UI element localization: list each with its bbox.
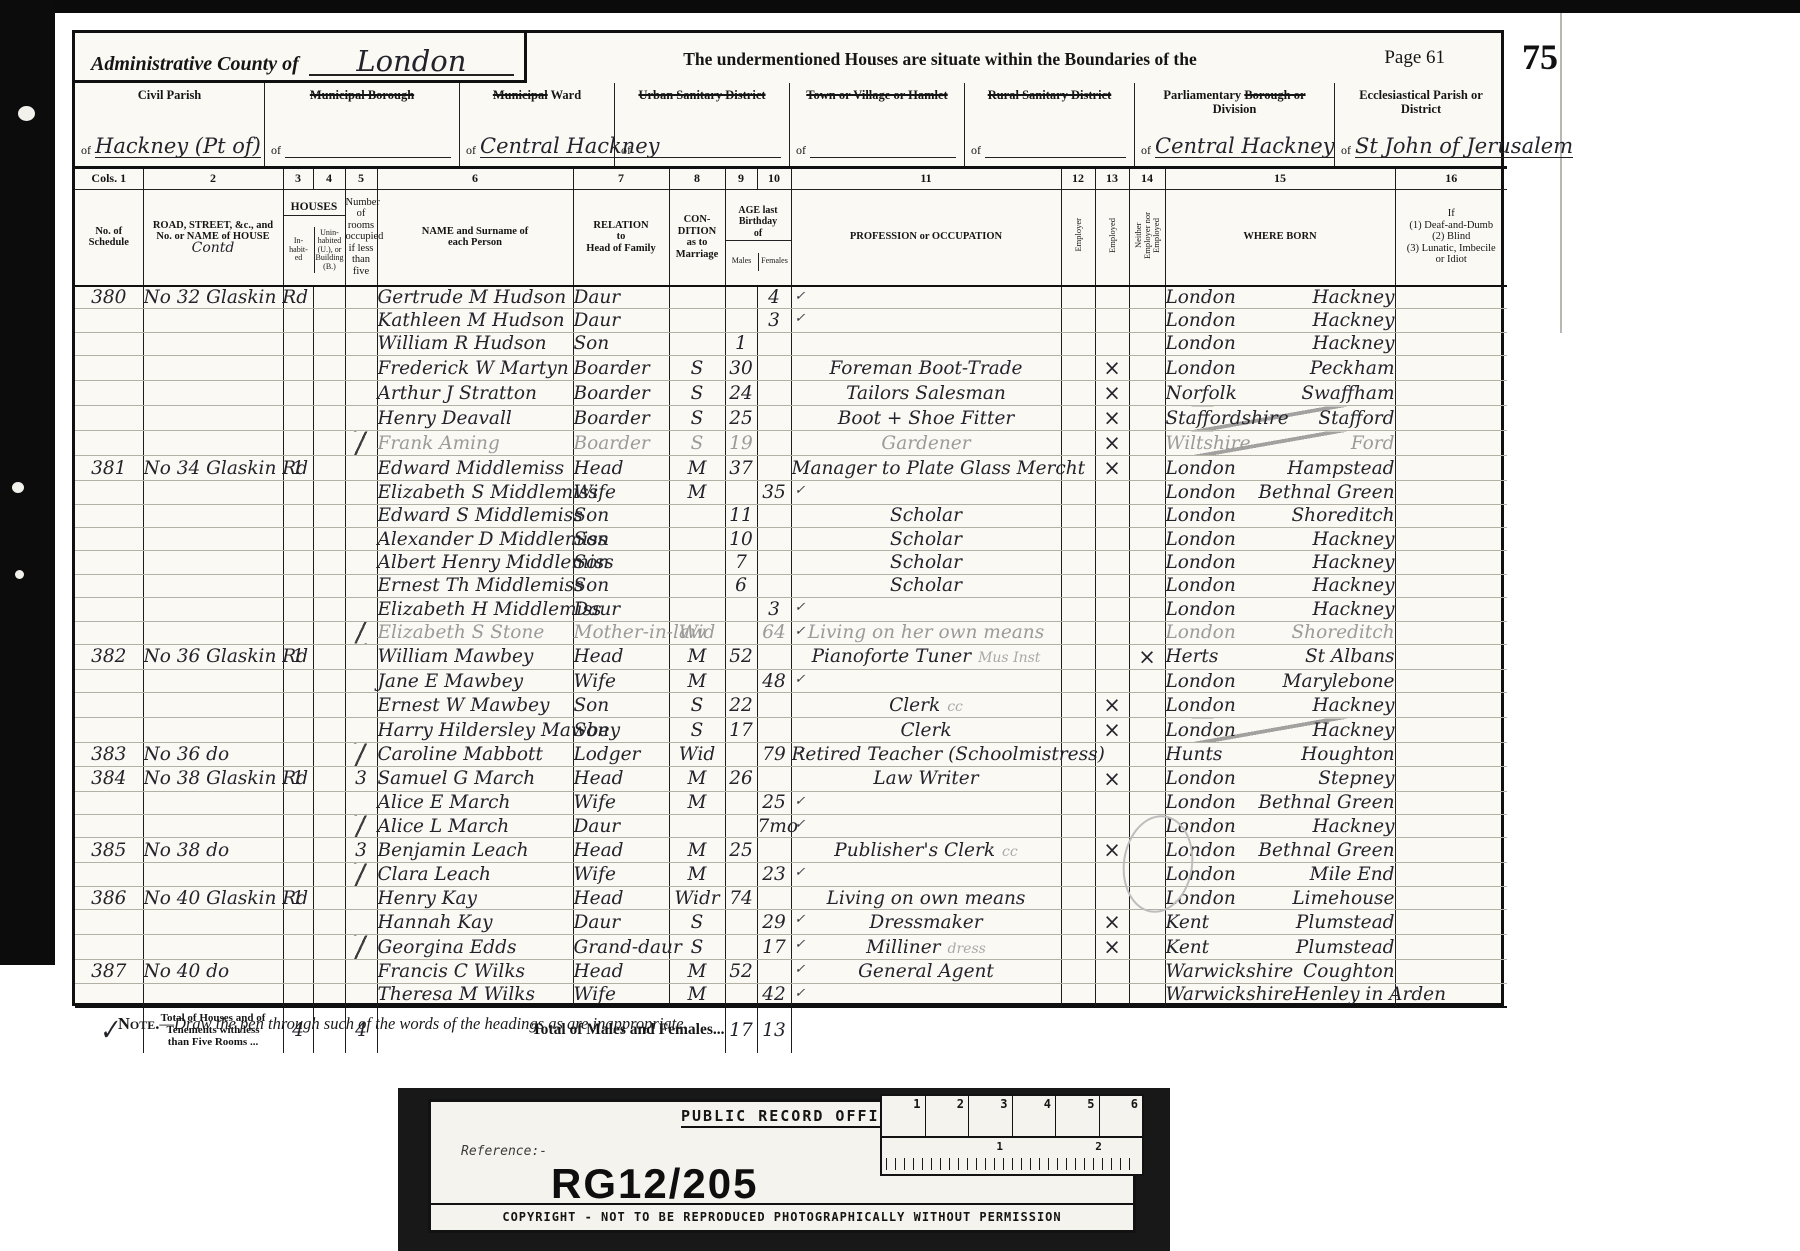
born-place: Shoreditch [1292, 622, 1395, 643]
rooms-under-five [345, 504, 377, 527]
age-male [725, 863, 757, 886]
houses-uninhabited [313, 960, 345, 983]
occupation-text: Scholar [890, 505, 962, 526]
marriage-condition: M [669, 481, 725, 504]
occupation: ✓General Agent [791, 960, 1061, 983]
employer-mark [1061, 718, 1095, 743]
header-houses-group: HOUSES In- habit- ed Unin- habited (U.),… [283, 189, 345, 286]
employed-mark [1095, 983, 1129, 1006]
occupation-text: Scholar [890, 552, 962, 573]
born-county: London [1166, 333, 1236, 354]
district-label-part: Ward [548, 88, 581, 102]
houses-uninhabited [313, 863, 345, 886]
houses-inhabited [283, 693, 313, 718]
where-born: LondonHackney [1165, 309, 1395, 332]
where-born: WarwickshireHenley in Arden [1165, 983, 1395, 1006]
employer-mark [1061, 332, 1095, 355]
employed-mark [1095, 309, 1129, 332]
header-schedule: No. of Schedule [75, 189, 143, 286]
employer-mark [1061, 910, 1095, 935]
born-county: London [1166, 358, 1236, 379]
person-name: Clara Leach [377, 863, 573, 886]
born-place: Houghton [1301, 744, 1394, 765]
age-female: 23 [757, 863, 791, 886]
person-name: William Mawbey [377, 644, 573, 669]
tally-tick-mark: ✓ [795, 912, 806, 927]
occupation: ✓ [791, 598, 1061, 621]
neither-employed-mark [1129, 983, 1165, 1006]
address: No 38 Glaskin Rd [143, 766, 283, 791]
schedule-number: 385 [75, 838, 143, 863]
born-place: Marylebone [1283, 671, 1395, 692]
where-born: LondonHackney [1165, 815, 1395, 838]
rooms-under-five [345, 309, 377, 332]
person-name: Caroline Mabbott [377, 743, 573, 766]
district-box-2: Municipal WardofCentral Hackney [460, 83, 615, 166]
infirmities [1395, 574, 1507, 597]
person-name: Alice E March [377, 791, 573, 814]
ruler-tick-row: 1 2 [882, 1138, 1142, 1172]
where-born: HuntsHoughton [1165, 743, 1395, 766]
occupation: ✓ [791, 983, 1061, 1006]
neither-employed-mark [1129, 621, 1165, 644]
age-female [757, 838, 791, 863]
born-county: Hunts [1166, 744, 1223, 765]
person-row: 386No 40 Glaskin Rd1Henry KayHeadWidr74L… [75, 886, 1507, 909]
infirmities [1395, 356, 1507, 381]
rooms-under-five [345, 863, 377, 886]
tally-tick-mark: ✓ [795, 311, 806, 326]
person-name: Francis C Wilks [377, 960, 573, 983]
houses-uninhabited [313, 551, 345, 574]
where-born: LondonHackney [1165, 551, 1395, 574]
infirmities [1395, 644, 1507, 669]
born-county: Norfolk [1166, 383, 1237, 404]
age-female [757, 381, 791, 406]
houses-inhabited [283, 406, 313, 431]
administrative-county-box: Administrative County of London [75, 33, 527, 83]
address [143, 910, 283, 935]
header-employed: Employed [1095, 189, 1129, 286]
schedule-number: 387 [75, 960, 143, 983]
age-female: 25 [757, 791, 791, 814]
where-born: StaffordshireStafford [1165, 406, 1395, 431]
born-place: Henley in Arden [1293, 984, 1446, 1005]
header-profession: PROFESSION or OCCUPATION [791, 189, 1061, 286]
rooms-under-five [345, 356, 377, 381]
age-male: 30 [725, 356, 757, 381]
person-name: Hannah Kay [377, 910, 573, 935]
address [143, 815, 283, 838]
age-female: 7mo [757, 815, 791, 838]
relation-to-head: Head [573, 886, 669, 909]
houses-inhabited [283, 551, 313, 574]
rooms-under-five [345, 381, 377, 406]
person-row: 387No 40 doFrancis C WilksHeadM52✓Genera… [75, 960, 1507, 983]
census-table: Cols. 1 2 3 4 5 6 7 8 9 10 11 12 13 14 1… [75, 169, 1507, 1053]
occupation-text: Manager to Plate Glass Mercht [792, 458, 1086, 479]
person-name: Georgina Edds [377, 935, 573, 960]
infirmities [1395, 838, 1507, 863]
person-name: Albert Henry Middlemiss [377, 551, 573, 574]
col-num-12: 12 [1061, 169, 1095, 189]
person-row: William R HudsonSon1LondonHackney [75, 332, 1507, 355]
infirmities [1395, 286, 1507, 309]
rooms-under-five [345, 718, 377, 743]
age-male: 6 [725, 574, 757, 597]
col-num-7: 7 [573, 169, 669, 189]
relation-to-head: Mother-in-law [573, 621, 669, 644]
where-born: LondonBethnal Green [1165, 838, 1395, 863]
rooms-under-five [345, 791, 377, 814]
age-female [757, 456, 791, 481]
district-label-part: Division [1213, 102, 1257, 116]
address: No 36 do [143, 743, 283, 766]
tally-tick-mark: ✓ [795, 672, 806, 687]
age-female [757, 406, 791, 431]
houses-uninhabited [313, 356, 345, 381]
header-age-title: AGE last Birthday of [726, 204, 791, 242]
occupation-text: Law Writer [873, 768, 978, 789]
infirmities [1395, 309, 1507, 332]
relation-to-head: Boarder [573, 406, 669, 431]
ruler-number-row: 123456 [882, 1096, 1142, 1138]
houses-uninhabited [313, 886, 345, 909]
occupation-text: Clerk [889, 695, 940, 716]
occupation [791, 332, 1061, 355]
age-male: 10 [725, 527, 757, 550]
person-name: Jane E Mawbey [377, 669, 573, 692]
employed-mark [1095, 504, 1129, 527]
houses-inhabited [283, 574, 313, 597]
tally-tick-mark: ✓ [795, 962, 806, 977]
address [143, 356, 283, 381]
neither-employed-mark [1129, 669, 1165, 692]
occupation: Scholar [791, 504, 1061, 527]
age-male [725, 791, 757, 814]
age-male: 24 [725, 381, 757, 406]
occupation: ✓Living on her own means [791, 621, 1061, 644]
relation-to-head: Daur [573, 286, 669, 309]
where-born: LondonMarylebone [1165, 669, 1395, 692]
age-male [725, 286, 757, 309]
person-row: Henry DeavallBoarderS25Boot + Shoe Fitte… [75, 406, 1507, 431]
person-row: Elizabeth S StoneMother-in-lawWid64✓Livi… [75, 621, 1507, 644]
born-county: London [1166, 458, 1236, 479]
person-row: Edward S MiddlemissSon11ScholarLondonSho… [75, 504, 1507, 527]
person-name: Elizabeth S Stone [377, 621, 573, 644]
employer-mark [1061, 309, 1095, 332]
footnote-text: —Draw the pen through such of the words … [159, 1014, 687, 1033]
age-male [725, 935, 757, 960]
born-county: London [1166, 552, 1236, 573]
houses-uninhabited [313, 574, 345, 597]
film-edge-left [0, 0, 55, 965]
born-place: Hackney [1312, 575, 1394, 596]
houses-uninhabited [313, 644, 345, 669]
rooms-under-five [345, 598, 377, 621]
where-born: HertsSt Albans [1165, 644, 1395, 669]
relation-to-head: Boarder [573, 381, 669, 406]
ruler-number-cell: 6 [1100, 1096, 1143, 1136]
infirmities [1395, 960, 1507, 983]
district-of-label: of [971, 143, 981, 158]
address [143, 406, 283, 431]
person-row: Harry Hildersley MawbeySonS17Clerk×Londo… [75, 718, 1507, 743]
where-born: LondonHackney [1165, 693, 1395, 718]
age-female [757, 504, 791, 527]
schedule-number [75, 551, 143, 574]
person-name: Edward Middlemiss [377, 456, 573, 481]
film-edge-top [0, 0, 1800, 13]
district-label-part: Municipal Borough [310, 88, 414, 102]
infirmities [1395, 718, 1507, 743]
employer-mark [1061, 381, 1095, 406]
district-label: Civil Parish [75, 88, 264, 102]
houses-uninhabited [313, 766, 345, 791]
employer-mark [1061, 791, 1095, 814]
houses-inhabited [283, 527, 313, 550]
tally-tick-mark: ✓ [795, 937, 806, 952]
employed-mark: × [1095, 693, 1129, 718]
person-row: Clara LeachWifeM23✓LondonMile End [75, 863, 1507, 886]
age-female [757, 886, 791, 909]
header-name: NAME and Surname of each Person [377, 189, 573, 286]
infirmities [1395, 431, 1507, 456]
person-name: Gertrude M Hudson [377, 286, 573, 309]
tally-tick-mark: ✓ [795, 865, 806, 880]
schedule-number [75, 356, 143, 381]
neither-employed-mark: × [1129, 644, 1165, 669]
employed-mark [1095, 886, 1129, 909]
employer-mark [1061, 481, 1095, 504]
neither-employed-mark [1129, 356, 1165, 381]
relation-to-head: Head [573, 960, 669, 983]
district-of-label: of [81, 143, 91, 158]
marriage-condition [669, 815, 725, 838]
employer-mark [1061, 815, 1095, 838]
stamp-office-title: PUBLIC RECORD OFFICE [681, 1107, 902, 1128]
schedule-number: 386 [75, 886, 143, 909]
occupation: ✓ [791, 481, 1061, 504]
totals-males: 17 [725, 1007, 757, 1053]
infirmities [1395, 456, 1507, 481]
born-county: Staffordshire [1166, 408, 1289, 429]
employer-mark [1061, 504, 1095, 527]
header-road-street-text: ROAD, STREET, &c., and No. or NAME of HO… [153, 220, 273, 243]
person-row: Hannah KayDaurS29✓Dressmaker×KentPlumste… [75, 910, 1507, 935]
relation-to-head: Boarder [573, 356, 669, 381]
person-row: Georgina EddsGrand-daurS17✓Millinerdress… [75, 935, 1507, 960]
employer-mark [1061, 431, 1095, 456]
rooms-under-five [345, 406, 377, 431]
relation-to-head: Grand-daur [573, 935, 669, 960]
born-place: Swaffham [1301, 383, 1394, 404]
schedule-number [75, 693, 143, 718]
occupation: Scholar [791, 551, 1061, 574]
employed-mark [1095, 286, 1129, 309]
person-row: 381No 34 Glaskin Rd1Edward MiddlemissHea… [75, 456, 1507, 481]
tally-tick-mark: ✓ [795, 817, 806, 832]
ruler-lower-number-2: 2 [1095, 1140, 1102, 1153]
where-born: LondonBethnal Green [1165, 791, 1395, 814]
schedule-number [75, 598, 143, 621]
age-female [757, 718, 791, 743]
occupation-pencil-note: cc [1002, 844, 1018, 860]
tally-tick-mark: ✓ [795, 624, 806, 639]
district-box-3: Urban Sanitary Districtof [615, 83, 790, 166]
rooms-under-five [345, 431, 377, 456]
address: No 40 do [143, 960, 283, 983]
person-row: Frederick W MartynBoarderS30Foreman Boot… [75, 356, 1507, 381]
occupation: ✓ [791, 863, 1061, 886]
folio-number: 75 [1522, 36, 1558, 78]
neither-employed-mark [1129, 431, 1165, 456]
born-place: Ford [1351, 433, 1395, 454]
district-label: Rural Sanitary District [965, 88, 1134, 102]
address: No 36 Glaskin Rd [143, 644, 283, 669]
neither-employed-mark [1129, 791, 1165, 814]
occupation: Scholar [791, 574, 1061, 597]
born-place: Peckham [1310, 358, 1395, 379]
district-value-handwritten: St John of Jerusalem [1355, 135, 1573, 158]
schedule-number: 380 [75, 286, 143, 309]
age-female: 3 [757, 309, 791, 332]
person-name: Samuel G March [377, 766, 573, 791]
relation-to-head: Head [573, 644, 669, 669]
occupation: Manager to Plate Glass Mercht [791, 456, 1061, 481]
employer-mark [1061, 286, 1095, 309]
age-female [757, 574, 791, 597]
marriage-condition: S [669, 693, 725, 718]
address: No 38 do [143, 838, 283, 863]
person-row: Frank AmingBoarderS19Gardener×WiltshireF… [75, 431, 1507, 456]
marriage-condition [669, 504, 725, 527]
neither-employed-mark [1129, 574, 1165, 597]
houses-uninhabited [313, 332, 345, 355]
age-male [725, 669, 757, 692]
occupation-pencil-note: cc [947, 699, 963, 715]
houses-inhabited [283, 504, 313, 527]
neither-employed-mark [1129, 743, 1165, 766]
occupation-text: Boot + Shoe Fitter [838, 408, 1015, 429]
age-male: 19 [725, 431, 757, 456]
schedule-number [75, 527, 143, 550]
schedule-number: 382 [75, 644, 143, 669]
infirmities [1395, 598, 1507, 621]
employer-mark [1061, 551, 1095, 574]
district-value-handwritten [985, 157, 1126, 158]
where-born: WarwickshireCoughton [1165, 960, 1395, 983]
born-county: London [1166, 287, 1236, 308]
header-employer: Employer [1061, 189, 1095, 286]
age-female [757, 693, 791, 718]
marriage-condition: M [669, 669, 725, 692]
employer-mark [1061, 527, 1095, 550]
district-box-7: Ecclesiastical Parish or DistrictofSt Jo… [1335, 83, 1507, 166]
occupation-pencil-note: Mus Inst [978, 650, 1040, 666]
where-born: NorfolkSwaffham [1165, 381, 1395, 406]
employed-mark [1095, 574, 1129, 597]
header-houses-title: HOUSES [284, 201, 345, 216]
born-place: Bethnal Green [1258, 482, 1394, 503]
occupation-text: Foreman Boot-Trade [829, 358, 1022, 379]
where-born: KentPlumstead [1165, 910, 1395, 935]
header-employer-text: Employer [1074, 218, 1083, 252]
header-age-group: AGE last Birthday of Males Females [725, 189, 791, 286]
footnote-label: Note. [118, 1014, 159, 1033]
rooms-under-five [345, 456, 377, 481]
occupation-text: Living on own means [827, 888, 1026, 909]
born-place: Hampstead [1287, 458, 1394, 479]
marriage-condition: M [669, 791, 725, 814]
person-name: Elizabeth H Middlemiss [377, 598, 573, 621]
age-female: 35 [757, 481, 791, 504]
employed-mark [1095, 644, 1129, 669]
schedule-number [75, 504, 143, 527]
marriage-condition [669, 527, 725, 550]
district-box-6: Parliamentary Borough or DivisionofCentr… [1135, 83, 1335, 166]
occupation-text: Scholar [890, 575, 962, 596]
header-neither-text: Neither Employer nor Employed [1134, 212, 1161, 259]
rooms-under-five [345, 886, 377, 909]
houses-inhabited [283, 431, 313, 456]
district-label: Parliamentary Borough or Division [1135, 88, 1334, 116]
col-num-5: 5 [345, 169, 377, 189]
district-label-part: Urban Sanitary District [638, 88, 765, 102]
district-label: Urban Sanitary District [615, 88, 789, 102]
age-female: 4 [757, 286, 791, 309]
employed-mark: × [1095, 431, 1129, 456]
employer-mark [1061, 766, 1095, 791]
occupation-pencil-note: dress [948, 941, 986, 957]
born-county: London [1166, 768, 1236, 789]
employed-mark [1095, 551, 1129, 574]
where-born: LondonBethnal Green [1165, 481, 1395, 504]
where-born: KentPlumstead [1165, 935, 1395, 960]
houses-inhabited [283, 718, 313, 743]
person-row: Kathleen M HudsonDaur3✓LondonHackney [75, 309, 1507, 332]
born-place: Mile End [1310, 864, 1395, 885]
person-name: William R Hudson [377, 332, 573, 355]
houses-inhabited [283, 309, 313, 332]
header-uninhabited: Unin- habited (U.), or Building (B.) [314, 227, 345, 273]
employed-mark: × [1095, 381, 1129, 406]
employer-mark [1061, 669, 1095, 692]
header-where-born: WHERE BORN [1165, 189, 1395, 286]
marriage-condition: S [669, 431, 725, 456]
employed-mark: × [1095, 406, 1129, 431]
census-sheet: Administrative County of London The unde… [72, 30, 1504, 1006]
age-female [757, 332, 791, 355]
houses-inhabited [283, 381, 313, 406]
born-county: London [1166, 695, 1236, 716]
relation-to-head: Daur [573, 309, 669, 332]
marriage-condition: S [669, 718, 725, 743]
person-name: Frederick W Martyn [377, 356, 573, 381]
infirmities [1395, 481, 1507, 504]
neither-employed-mark [1129, 718, 1165, 743]
district-value-line: of [271, 143, 451, 158]
relation-to-head: Wife [573, 669, 669, 692]
employed-mark: × [1095, 356, 1129, 381]
person-row: 385No 38 do3Benjamin LeachHeadM25Publish… [75, 838, 1507, 863]
person-name: Benjamin Leach [377, 838, 573, 863]
age-female [757, 551, 791, 574]
age-female [757, 766, 791, 791]
person-name: Ernest Th Middlemiss [377, 574, 573, 597]
where-born: LondonShoreditch [1165, 621, 1395, 644]
